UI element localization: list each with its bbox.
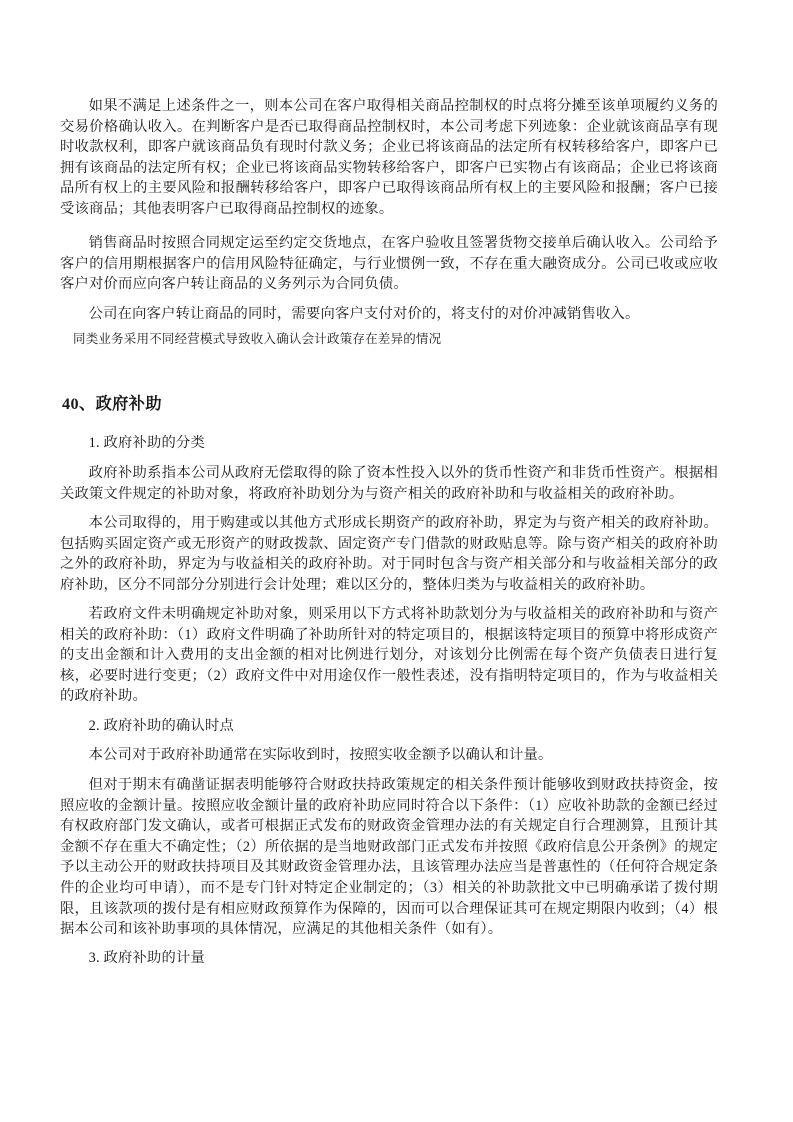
paragraph-receivable-grant-conditions: 但对于期末有确凿证据表明能够符合财政扶持政策规定的相关条件预计能够收到财政扶持资… xyxy=(60,775,718,940)
heading-government-grants: 40、政府补助 xyxy=(62,394,720,414)
paragraph-goods-delivery-revenue: 销售商品时按照合同规定运至约定交货地点，在客户验收且签署货物交接单后确认收入。公… xyxy=(60,233,718,295)
note-different-business-models: 同类业务采用不同经营模式导致收入确认会计政策存在差异的情况 xyxy=(60,331,731,348)
document-page: 如果不满足上述条件之一，则本公司在客户取得相关商品控制权的时点将分摊至该单项履约… xyxy=(0,0,793,1122)
subheading-grant-recognition-timing: 2. 政府补助的确认时点 xyxy=(60,716,718,737)
paragraph-consideration-paid-to-customer: 公司在向客户转让商品的同时，需要向客户支付对价的，将支付的对价冲减销售收入。 xyxy=(60,304,718,325)
paragraph-grant-recognition-on-receipt: 本公司对于政府补助通常在实际收到时，按照实收金额予以确认和计量。 xyxy=(60,745,718,766)
subheading-grant-measurement: 3. 政府补助的计量 xyxy=(60,948,718,969)
paragraph-grant-allocation-method: 若政府文件未明确规定补助对象，则采用以下方式将补助款划分为与收益相关的政府补助和… xyxy=(60,604,718,707)
paragraph-control-transfer-indicators: 如果不满足上述条件之一，则本公司在客户取得相关商品控制权的时点将分摊至该单项履约… xyxy=(60,96,718,220)
paragraph-grant-definition: 政府补助系指本公司从政府无偿取得的除了资本性投入以外的货币性资产和非货币性资产。… xyxy=(60,463,718,504)
subheading-grant-classification: 1. 政府补助的分类 xyxy=(60,433,718,454)
paragraph-asset-related-grants: 本公司取得的，用于购建或以其他方式形成长期资产的政府补助，界定为与资产相关的政府… xyxy=(60,513,718,595)
